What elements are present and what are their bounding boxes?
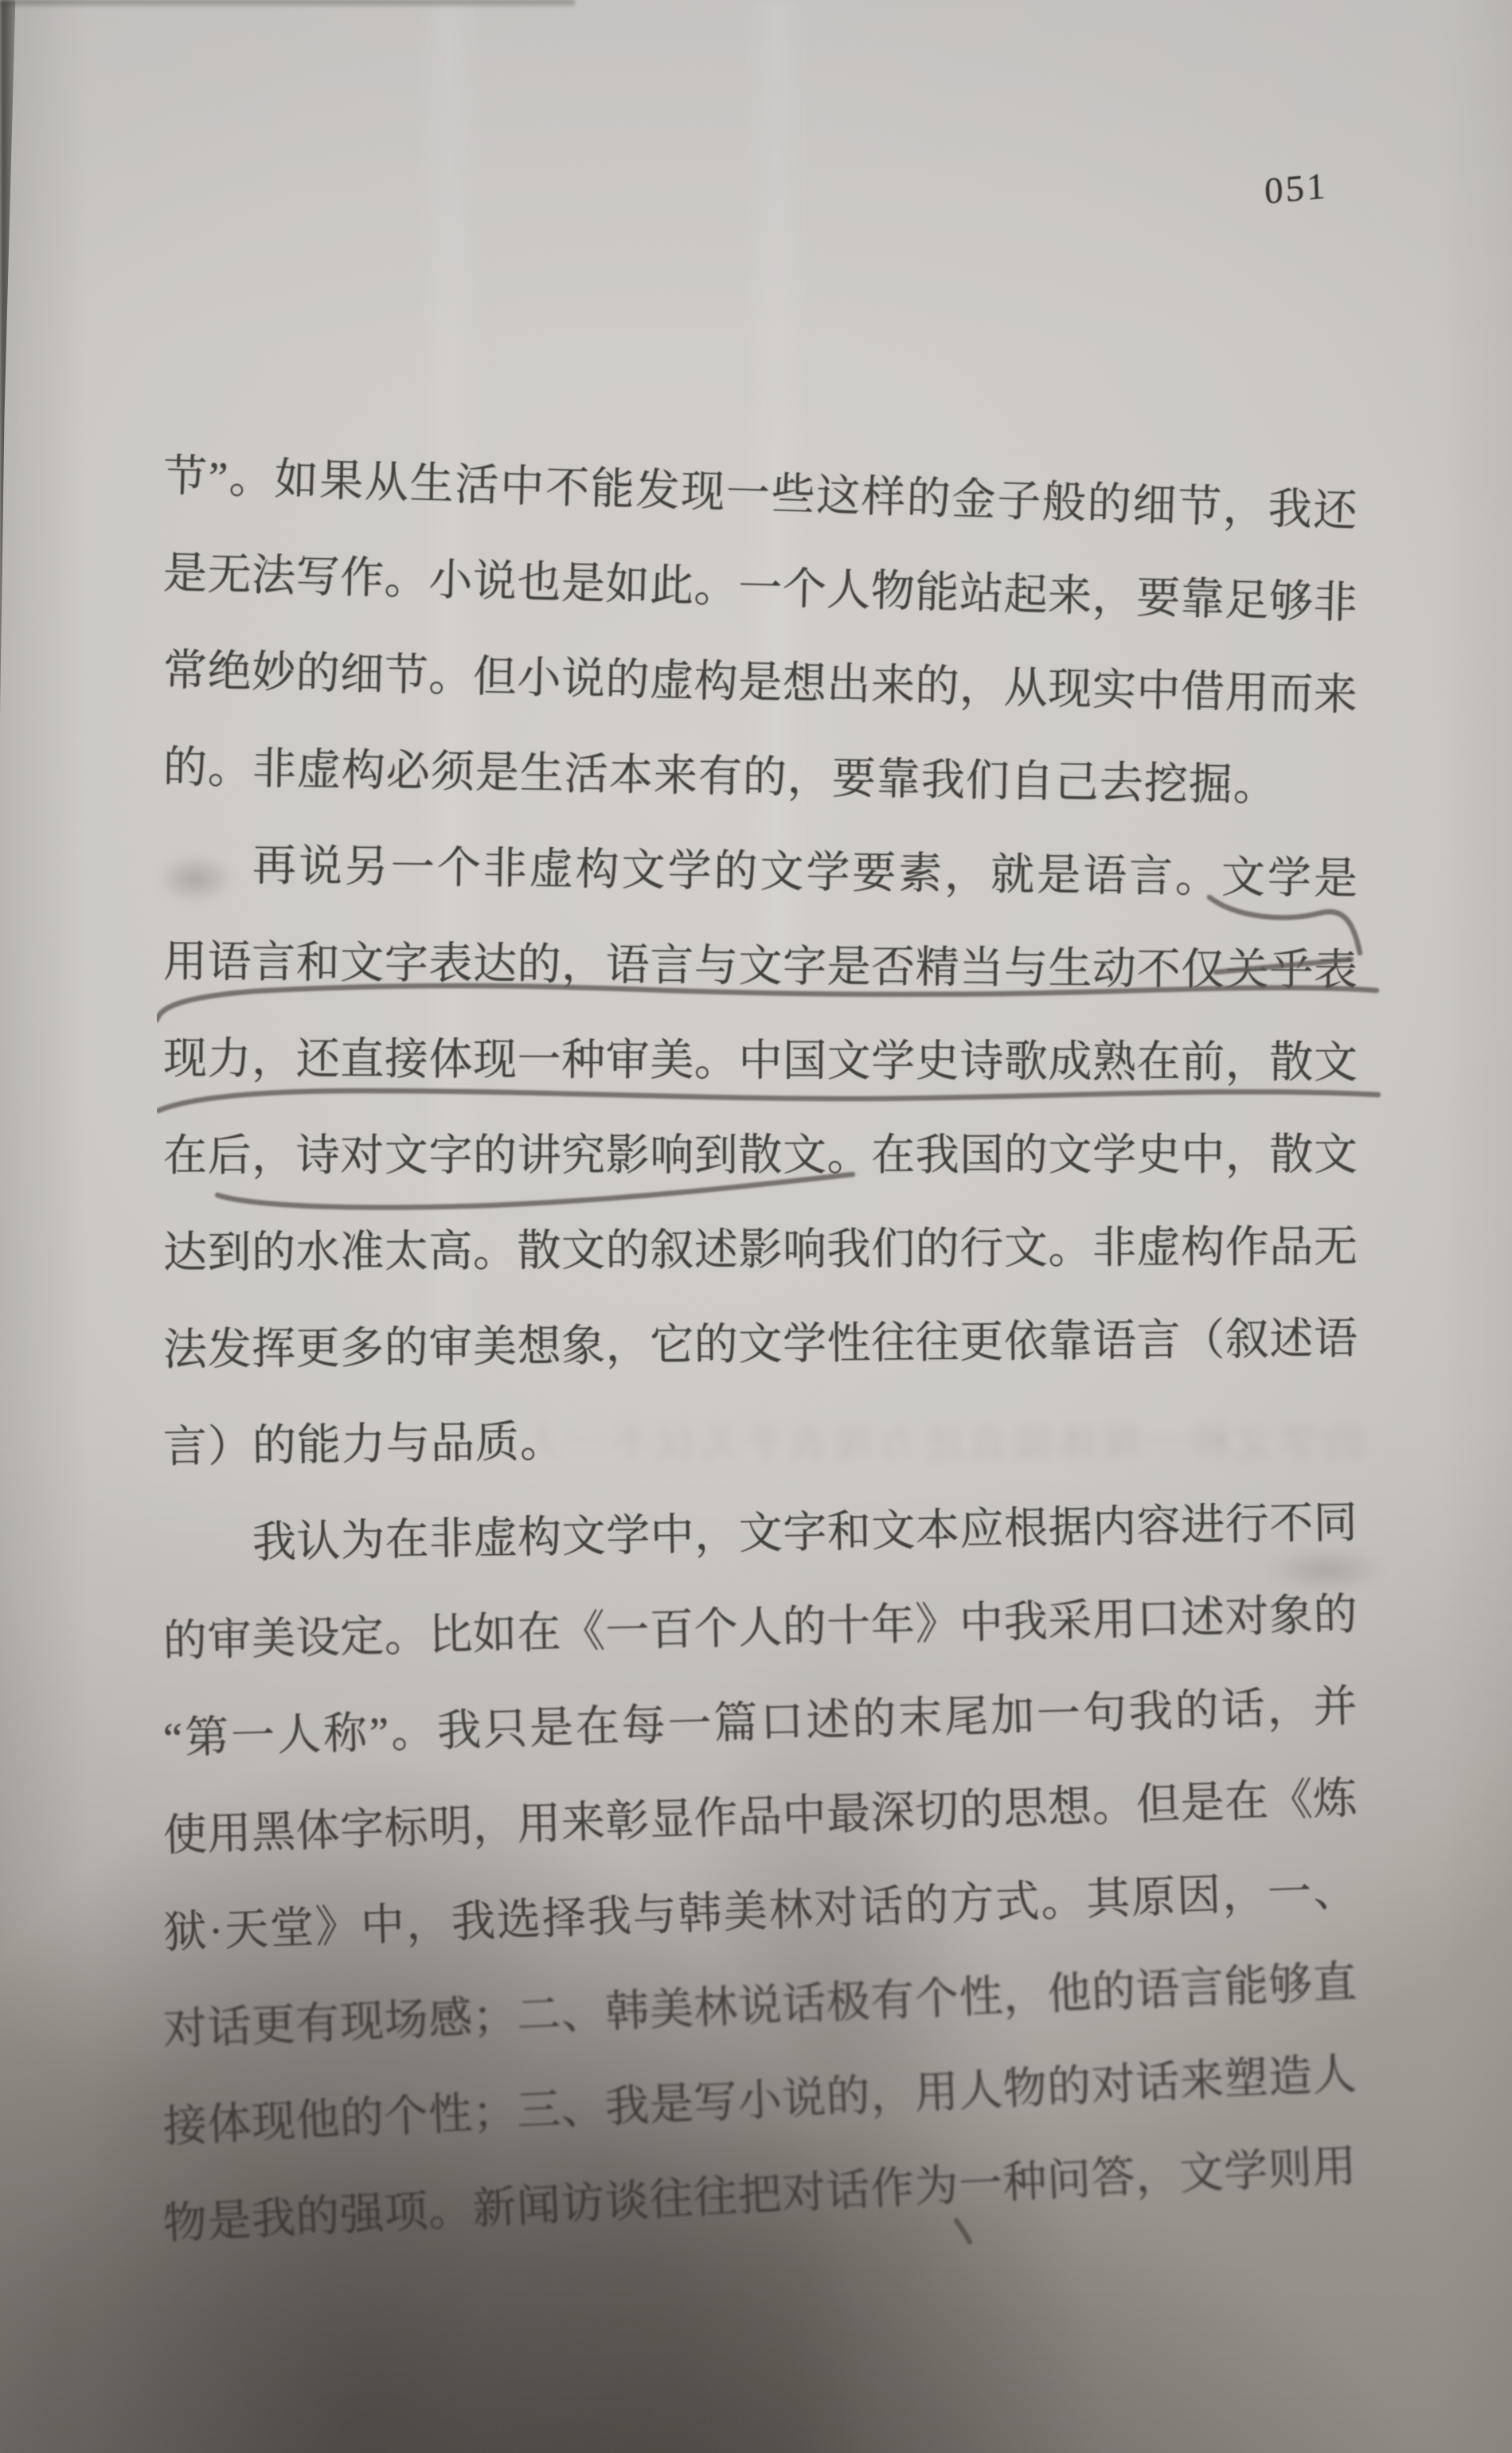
page-edge-shadow (0, 0, 37, 717)
text-line: 在后，诗对文字的讲究影响到散文。在我国的文学史中，散文 (163, 1107, 1358, 1205)
text-line: 达到的水准太高。散文的叙述影响我们的行文。非虚构作品无 (163, 1198, 1358, 1302)
text-line: 法发挥更多的审美想象，它的文学性往往更依靠语言（叙述语 (162, 1291, 1358, 1399)
text-line: 再说另一个非虚构文学的文学要素，就是语言。文学是 (162, 816, 1358, 928)
body-text: 的学文种一现体接直还力现表乎关仅不一人的十 节”。如果从生活中不能发现一些这样的… (163, 428, 1358, 2283)
text-line: 用语言和文字表达的，语言与文字是否精当与生动不仅关乎表 (163, 913, 1358, 1020)
page-number: 051 (1264, 165, 1328, 213)
page-edge-shadow (0, 0, 575, 8)
text-line: 现力，还直接体现一种审美。中国文学史诗歌成熟在前，散文 (163, 1010, 1358, 1111)
book-page-photo: 051 的学文种一现体接直还力现表乎关仅不一人的十 节”。如果从生活中不能发现一… (0, 0, 1512, 2453)
